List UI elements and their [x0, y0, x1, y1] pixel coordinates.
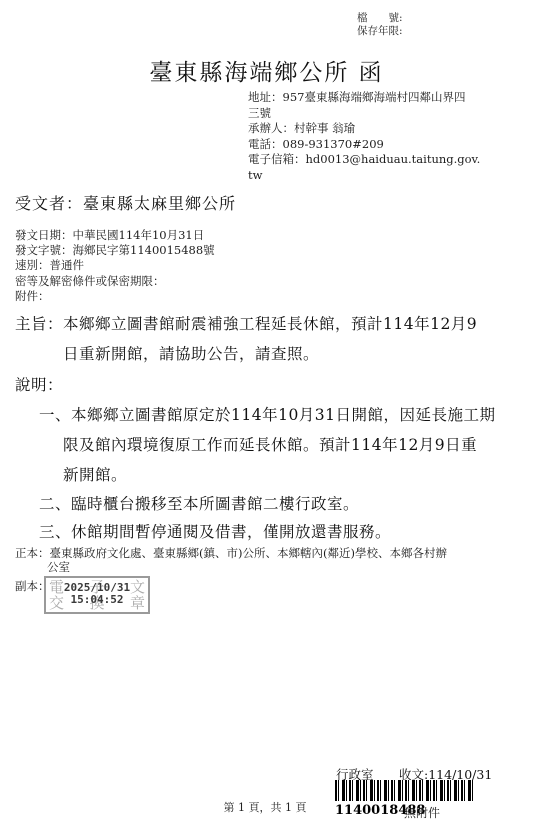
doc-number-line: 發文字號：海鄉民字第1140015488號	[15, 243, 215, 258]
file-header-block: 檔 號: 保存年限:	[357, 12, 403, 37]
attachment-label-line: 附件：	[15, 289, 215, 304]
file-number-label: 檔 號:	[357, 12, 403, 25]
copy-to-line1: 正本：臺東縣政府文化處、臺東縣鄉(鎮、市)公所、本鄉轄內(鄰近)學校、本鄉各村辦	[15, 545, 447, 561]
stamp-time: 15:04:52	[46, 594, 148, 606]
explanation-item1-line2: 限及館內環境復原工作而延長休館。預計114年12月9日重	[63, 433, 477, 455]
sender-address-line2: 三號	[248, 106, 480, 122]
stamp-datetime: 2025/10/31 15:04:52	[46, 582, 148, 606]
sender-contact-person: 承辦人：村幹事 翁瑜	[248, 121, 480, 137]
explanation-item1-line1: 一、本鄉鄉立圖書館原定於114年10月31日開館，因延長施工期	[39, 403, 496, 425]
sender-email-line1: 電子信箱：hd0013@haiduau.taitung.gov.	[248, 152, 480, 168]
subject-line-1: 主旨：本鄉鄉立圖書館耐震補強工程延長休館，預計114年12月9	[15, 312, 477, 334]
sender-info-block: 地址：957臺東縣海端鄉海端村四鄰山界四 三號 承辦人：村幹事 翁瑜 電話：08…	[248, 90, 480, 184]
subject-line-2: 日重新開館，請協助公告，請查照。	[63, 342, 319, 364]
sender-phone: 電話：089-931370#209	[248, 137, 480, 153]
copy-to-line2: 公室	[47, 559, 70, 575]
barcode	[335, 780, 475, 801]
issue-date-line: 發文日期：中華民國114年10月31日	[15, 228, 215, 243]
security-class-line: 密等及解密條件或保密期限：	[15, 274, 215, 289]
retention-period-label: 保存年限:	[357, 25, 403, 38]
document-title: 臺東縣海端鄉公所 函	[0, 54, 533, 87]
explanation-item3-line1: 三、休館期間暫停通閱及借書，僅開放還書服務。	[39, 520, 391, 542]
sender-email-line2: tw	[248, 168, 480, 184]
attachment-note: 無附件	[404, 804, 440, 821]
speed-class-line: 速別：普通件	[15, 258, 215, 273]
explanation-heading: 說明：	[15, 373, 63, 395]
official-letter-page: 檔 號: 保存年限: 臺東縣海端鄉公所 函 地址：957臺東縣海端鄉海端村四鄰山…	[0, 0, 533, 830]
recipient-line: 受文者：臺東縣太麻里鄉公所	[15, 191, 236, 214]
meta-block: 發文日期：中華民國114年10月31日 發文字號：海鄉民字第1140015488…	[15, 228, 215, 304]
electronic-exchange-stamp: 電 子 文 交 換 章 2025/10/31 15:04:52	[44, 576, 150, 614]
sender-address-line1: 地址：957臺東縣海端鄉海端村四鄰山界四	[248, 90, 480, 106]
explanation-item2-line1: 二、臨時櫃台搬移至本所圖書館二樓行政室。	[39, 492, 359, 514]
explanation-item1-line3: 新開館。	[63, 463, 127, 485]
